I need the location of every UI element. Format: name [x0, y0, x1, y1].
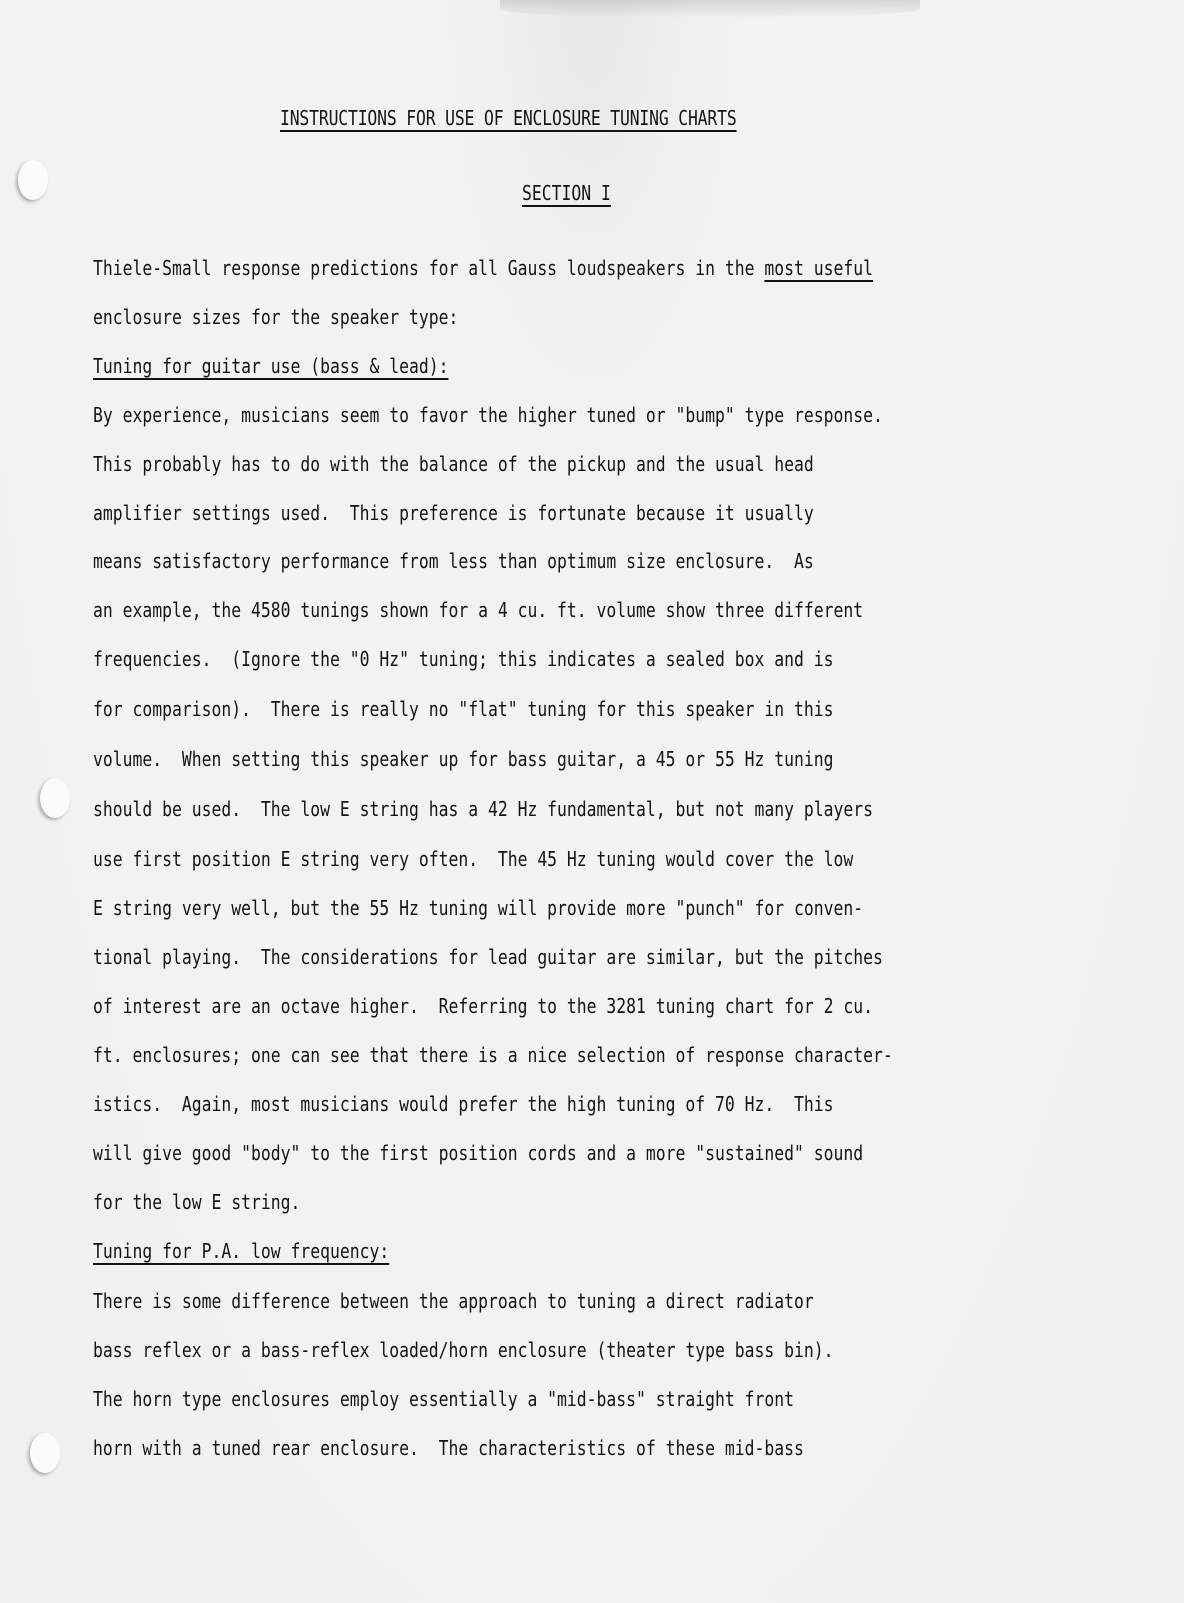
paragraph-line: an example, the 4580 tunings shown for a…: [93, 598, 863, 622]
paragraph-line: tional playing. The considerations for l…: [93, 945, 883, 969]
emphasis-most-useful: most useful: [764, 256, 873, 280]
paragraph-line: of interest are an octave higher. Referr…: [93, 994, 873, 1018]
paragraph-line: should be used. The low E string has a 4…: [93, 797, 873, 821]
paragraph-line: will give good "body" to the first posit…: [93, 1141, 863, 1165]
paragraph-line: use first position E string very often. …: [93, 847, 853, 871]
paragraph-line: for the low E string.: [93, 1190, 300, 1214]
guitar-section-heading: Tuning for guitar use (bass & lead):: [93, 354, 448, 378]
paragraph-line: frequencies. (Ignore the "0 Hz" tuning; …: [93, 647, 834, 671]
intro-line-1: Thiele-Small response predictions for al…: [93, 256, 873, 280]
scanned-page: INSTRUCTIONS FOR USE OF ENCLOSURE TUNING…: [0, 0, 1184, 1603]
punch-hole-top: [18, 160, 48, 200]
paragraph-line: volume. When setting this speaker up for…: [93, 747, 834, 771]
pa-section-heading: Tuning for P.A. low frequency:: [93, 1239, 389, 1263]
scan-shadow: [500, 0, 920, 18]
intro-line-2: enclosure sizes for the speaker type:: [93, 305, 458, 329]
paragraph-line: bass reflex or a bass-reflex loaded/horn…: [93, 1338, 834, 1362]
paragraph-line: means satisfactory performance from less…: [93, 549, 814, 573]
paragraph-line: for comparison). There is really no "fla…: [93, 697, 834, 721]
paragraph-line: This probably has to do with the balance…: [93, 452, 814, 476]
paragraph-line: ft. enclosures; one can see that there i…: [93, 1043, 893, 1067]
paragraph-line: By experience, musicians seem to favor t…: [93, 403, 883, 427]
section-heading: SECTION I: [522, 181, 611, 205]
document-title: INSTRUCTIONS FOR USE OF ENCLOSURE TUNING…: [280, 106, 737, 130]
intro-line-1-text: Thiele-Small response predictions for al…: [93, 256, 764, 280]
paragraph-line: The horn type enclosures employ essentia…: [93, 1387, 794, 1411]
punch-hole-bottom: [30, 1433, 60, 1473]
paragraph-line: istics. Again, most musicians would pref…: [93, 1092, 834, 1116]
paragraph-line: amplifier settings used. This preference…: [93, 501, 814, 525]
punch-hole-middle: [40, 778, 70, 818]
paragraph-line: E string very well, but the 55 Hz tuning…: [93, 896, 863, 920]
paragraph-line: horn with a tuned rear enclosure. The ch…: [93, 1436, 804, 1460]
paragraph-line: There is some difference between the app…: [93, 1289, 814, 1313]
